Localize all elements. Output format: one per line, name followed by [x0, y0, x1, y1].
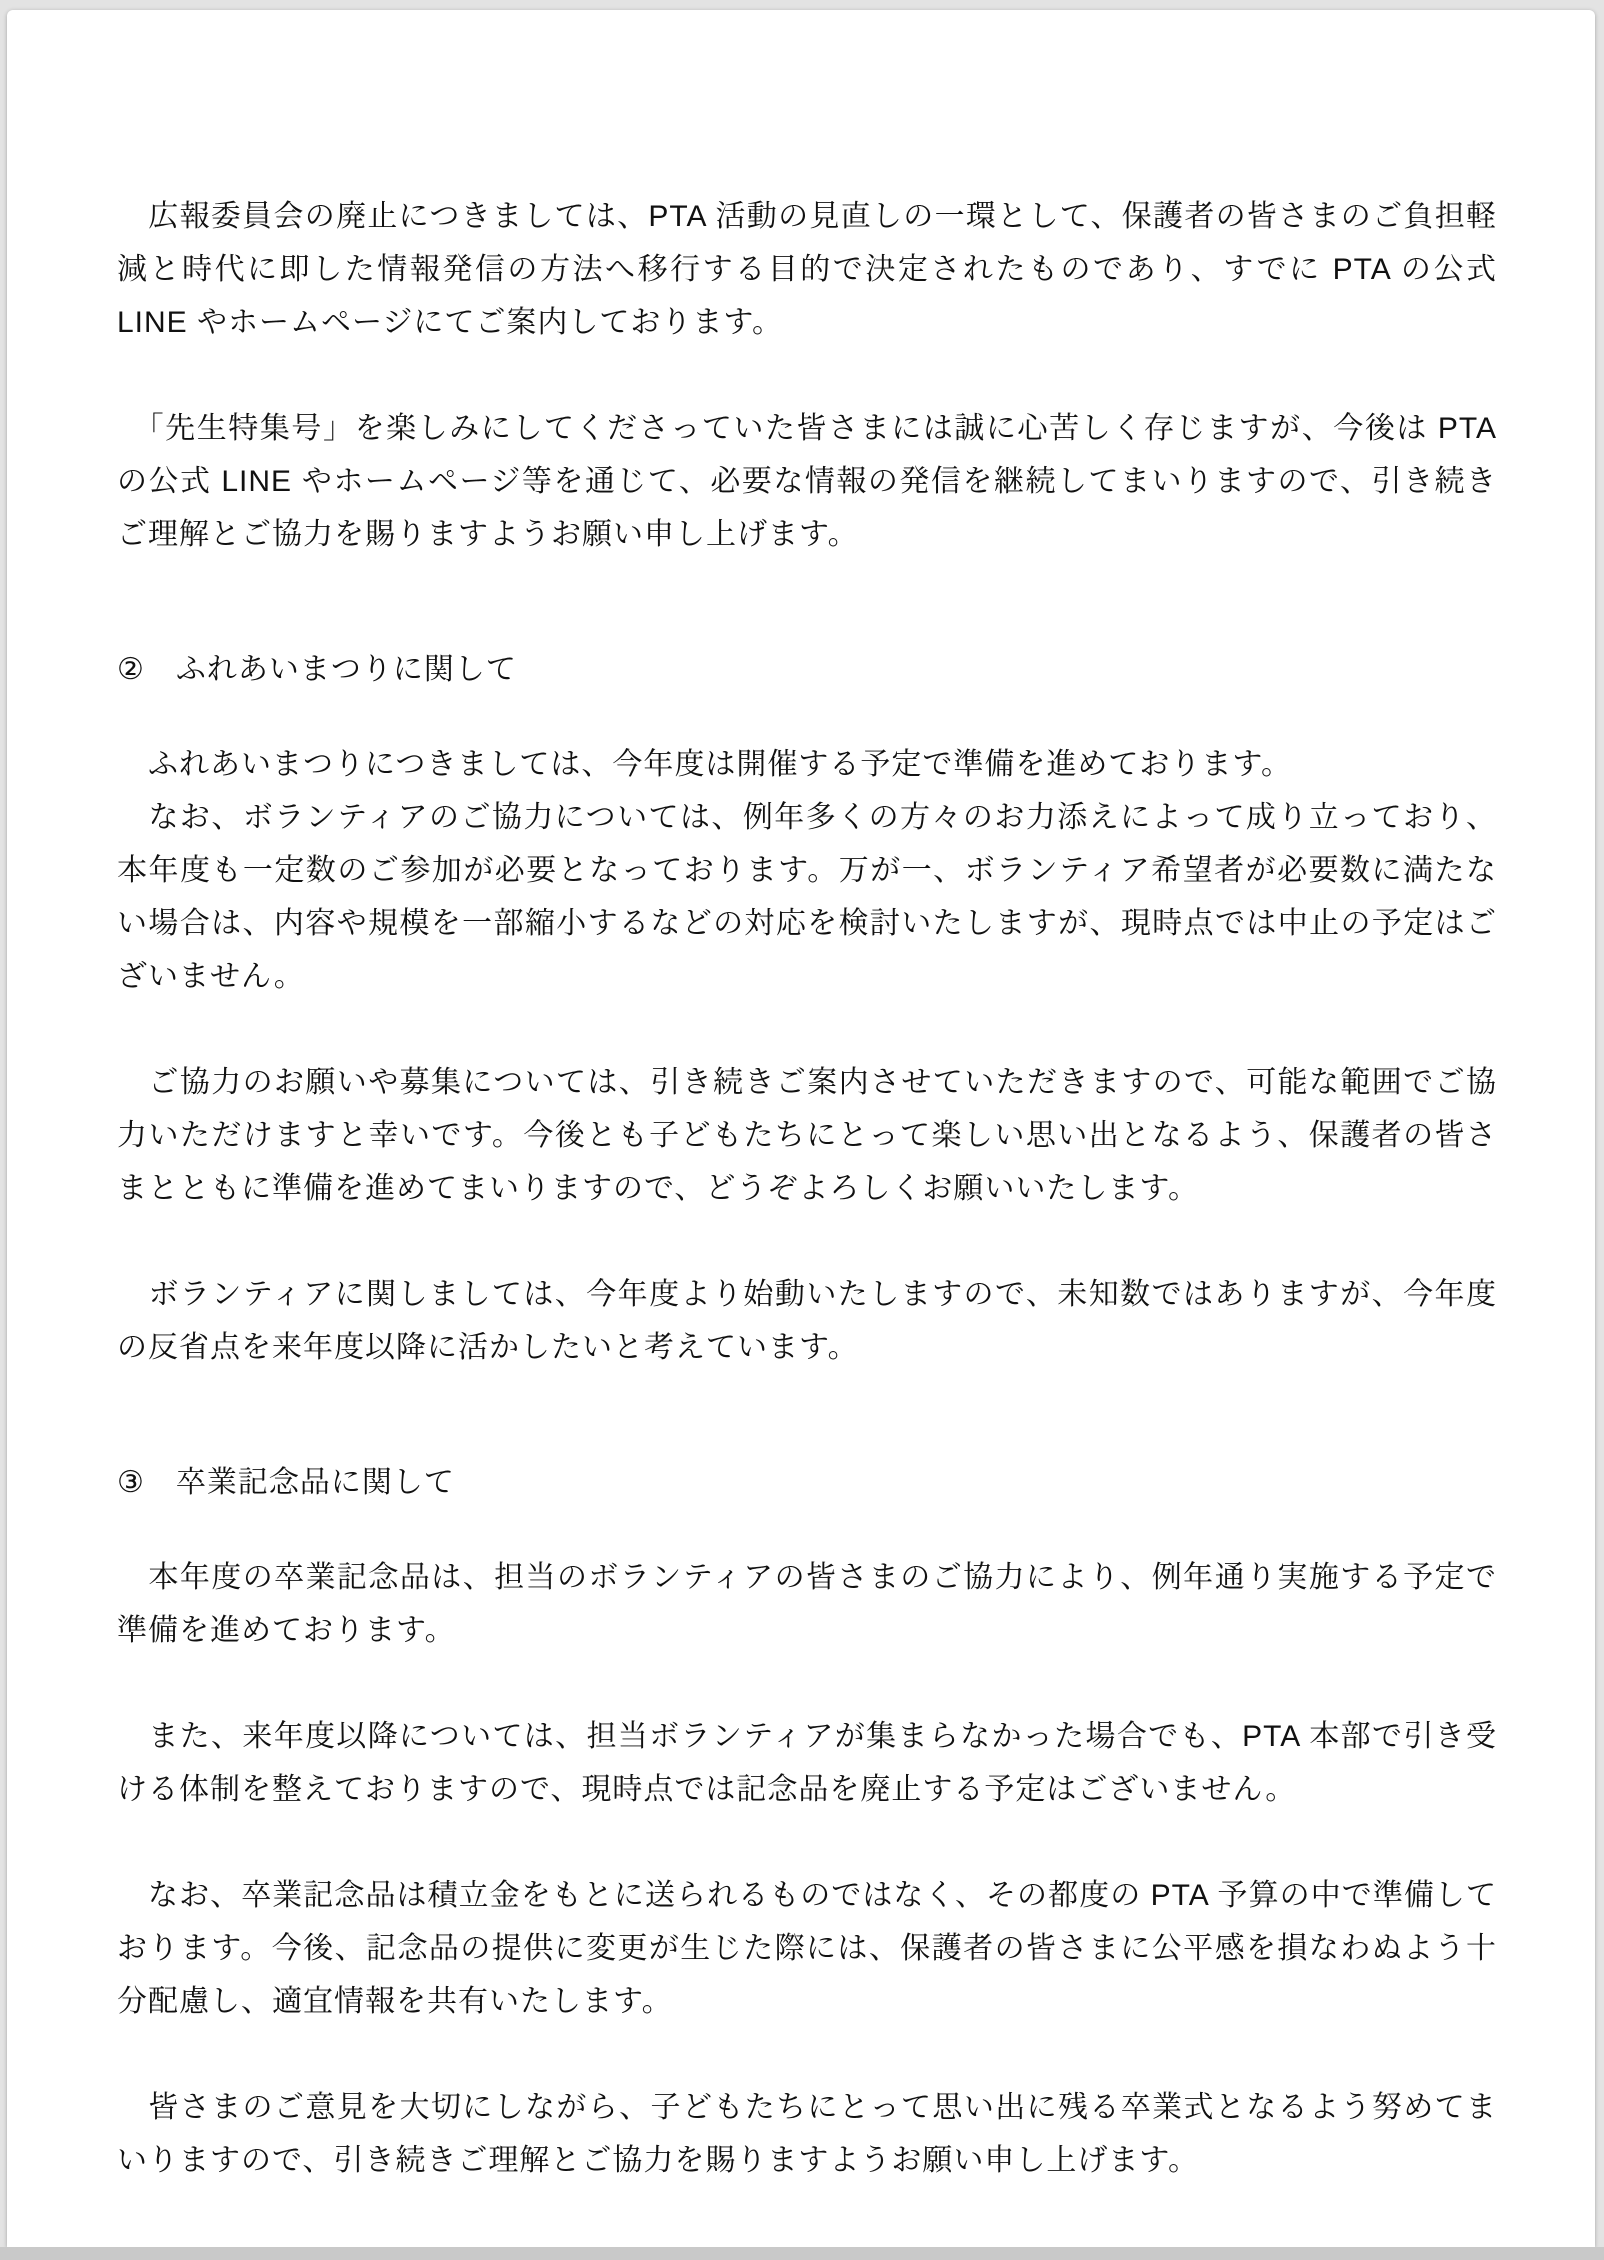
section-heading-kinenhin: ③ 卒業記念品に関して — [117, 1456, 1497, 1509]
paragraph-volunteer-hansei: ボランティアに関しましては、今年度より始動いたしますので、未知数ではありますが、… — [117, 1268, 1497, 1374]
paragraph-musubi: 皆さまのご意見を大切にしながら、子どもたちにとって思い出に残る卒業式となるよう努… — [117, 2081, 1497, 2187]
paragraph-kinenhin-yosan: なお、卒業記念品は積立金をもとに送られるものではなく、その都度の PTA 予算の… — [117, 1869, 1497, 2028]
section-heading-fureai: ② ふれあいまつりに関して — [117, 643, 1497, 696]
document-body: 広報委員会の廃止につきましては、PTA 活動の見直しの一環として、保護者の皆さま… — [7, 10, 1595, 2247]
paragraph-kyoryoku-onegai: ご協力のお願いや募集については、引き続きご案内させていただきますので、可能な範囲… — [117, 1056, 1497, 1215]
document-page: 広報委員会の廃止につきましては、PTA 活動の見直しの一環として、保護者の皆さま… — [7, 10, 1595, 2247]
paragraph-koho-haishi: 広報委員会の廃止につきましては、PTA 活動の見直しの一環として、保護者の皆さま… — [117, 190, 1497, 349]
paragraph-fureai-kaisai: ふれあいまつりにつきましては、今年度は開催する予定で準備を進めております。 — [117, 738, 1497, 791]
viewer-bottom-band — [0, 2247, 1604, 2260]
paragraph-sensei-tokushu: 「先生特集号」を楽しみにしてくださっていた皆さまには誠に心苦しく存じますが、今後… — [117, 402, 1497, 561]
paragraph-kinenhin-rainendo: また、来年度以降については、担当ボランティアが集まらなかった場合でも、PTA 本… — [117, 1710, 1497, 1816]
paragraph-kinenhin-honnendo: 本年度の卒業記念品は、担当のボランティアの皆さまのご協力により、例年通り実施する… — [117, 1551, 1497, 1657]
paragraph-fureai-volunteer: なお、ボランティアのご協力については、例年多くの方々のお力添えによって成り立って… — [117, 791, 1497, 1003]
